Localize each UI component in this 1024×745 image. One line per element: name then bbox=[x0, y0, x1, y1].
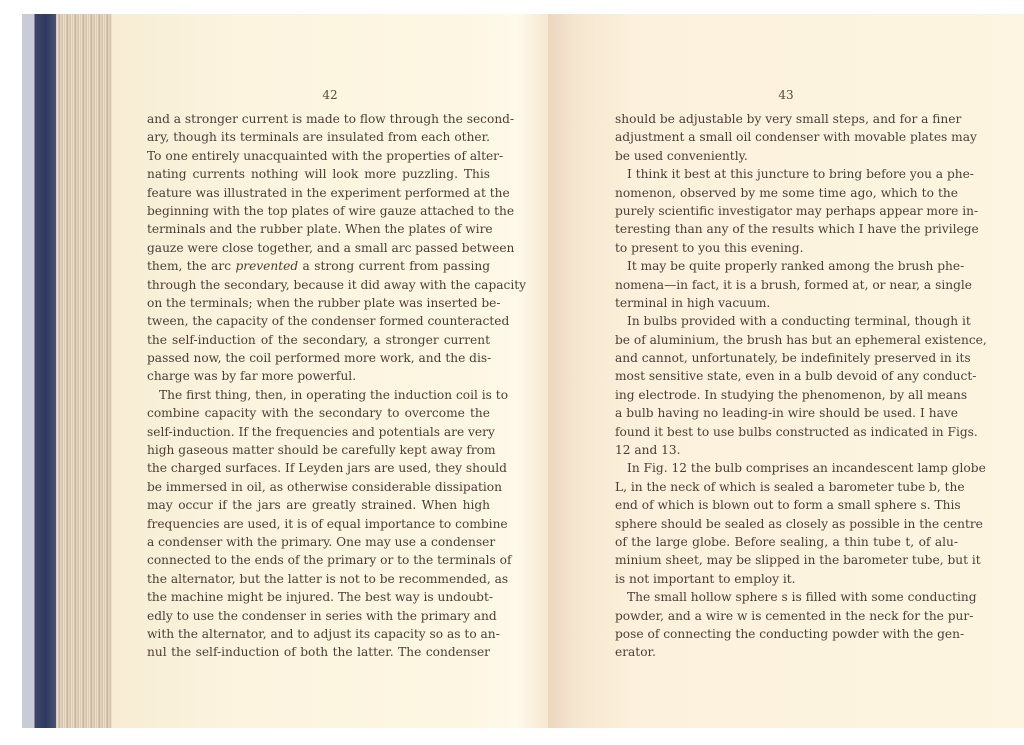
right-page: 43 should be adjustable by very small st… bbox=[548, 14, 1024, 728]
text-line: beginning with the top plates of wire ga… bbox=[147, 202, 490, 220]
text-line: the machine might be injured. The best w… bbox=[147, 588, 490, 606]
book-spread: 42 and a stronger current is made to flo… bbox=[22, 14, 1024, 728]
page-number: 43 bbox=[548, 88, 1024, 102]
text-line: In Fig. 12 the bulb comprises an incande… bbox=[615, 459, 958, 477]
text-line: 12 and 13. bbox=[615, 441, 958, 459]
text-line: L, in the neck of which is sealed a baro… bbox=[615, 478, 958, 496]
text-line: found it best to use bulbs constructed a… bbox=[615, 423, 958, 441]
text-line: them, the arc prevented a strong current… bbox=[147, 257, 490, 275]
text-line: through the secondary, because it did aw… bbox=[147, 276, 490, 294]
text-line: be used conveniently. bbox=[615, 147, 958, 165]
text-line: be of aluminium, the brush has but an ep… bbox=[615, 331, 958, 349]
text-line: most sensitive state, even in a bulb dev… bbox=[615, 367, 958, 385]
left-page: 42 and a stronger current is made to flo… bbox=[112, 14, 548, 728]
text-line: combine capacity with the secondary to o… bbox=[147, 404, 490, 422]
text-line: and cannot, unfortunately, be indefinite… bbox=[615, 349, 958, 367]
text-line: teresting than any of the results which … bbox=[615, 220, 958, 238]
text-line: charge was by far more powerful. bbox=[147, 367, 490, 385]
text-line: I think it best at this juncture to brin… bbox=[615, 165, 958, 183]
text-line: minium sheet, may be slipped in the baro… bbox=[615, 551, 958, 569]
text-line: terminals and the rubber plate. When the… bbox=[147, 220, 490, 238]
text-line: passed now, the coil performed more work… bbox=[147, 349, 490, 367]
text-line: The first thing, then, in operating the … bbox=[147, 386, 490, 404]
page-number: 42 bbox=[112, 88, 548, 102]
text-line: end of which is blown out to form a smal… bbox=[615, 496, 958, 514]
page-edges bbox=[56, 14, 112, 728]
text-line: gauze were close together, and a small a… bbox=[147, 239, 490, 257]
page-text: should be adjustable by very small steps… bbox=[615, 110, 958, 662]
text-line: be immersed in oil, as otherwise conside… bbox=[147, 478, 490, 496]
text-line: frequencies are used, it is of equal imp… bbox=[147, 515, 490, 533]
text-line: on the terminals; when the rubber plate … bbox=[147, 294, 490, 312]
text-line: should be adjustable by very small steps… bbox=[615, 110, 958, 128]
text-line: is not important to employ it. bbox=[615, 570, 958, 588]
text-line: of the large globe. Before sealing, a th… bbox=[615, 533, 958, 551]
text-line: may occur if the jars are greatly strain… bbox=[147, 496, 490, 514]
text-line: high gaseous matter should be carefully … bbox=[147, 441, 490, 459]
text-line: To one entirely unacquainted with the pr… bbox=[147, 147, 490, 165]
text-line: with the alternator, and to adjust its c… bbox=[147, 625, 490, 643]
text-line: edly to use the condenser in series with… bbox=[147, 607, 490, 625]
text-line: the self-induction of the secondary, a s… bbox=[147, 331, 490, 349]
text-line: nomenon, observed by me some time ago, w… bbox=[615, 184, 958, 202]
text-line: The small hollow sphere s is filled with… bbox=[615, 588, 958, 606]
text-line: sphere should be sealed as closely as po… bbox=[615, 515, 958, 533]
text-line: purely scientific investigator may perha… bbox=[615, 202, 958, 220]
text-line: adjustment a small oil condenser with mo… bbox=[615, 128, 958, 146]
text-line: ary, though its terminals are insulated … bbox=[147, 128, 490, 146]
text-line: the charged surfaces. If Leyden jars are… bbox=[147, 459, 490, 477]
page-text: and a stronger current is made to flow t… bbox=[147, 110, 490, 662]
text-line: nul the self-induction of both the latte… bbox=[147, 643, 490, 661]
text-line: pose of connecting the conducting powder… bbox=[615, 625, 958, 643]
text-line: nomena—in fact, it is a brush, formed at… bbox=[615, 276, 958, 294]
text-line: It may be quite properly ranked among th… bbox=[615, 257, 958, 275]
text-line: self-induction. If the frequencies and p… bbox=[147, 423, 490, 441]
text-line: a bulb having no leading-in wire should … bbox=[615, 404, 958, 422]
text-line: to present to you this evening. bbox=[615, 239, 958, 257]
text-line: tween, the capacity of the condenser for… bbox=[147, 312, 490, 330]
text-line: powder, and a wire w is cemented in the … bbox=[615, 607, 958, 625]
text-line: terminal in high vacuum. bbox=[615, 294, 958, 312]
text-line: ing electrode. In studying the phenomeno… bbox=[615, 386, 958, 404]
text-line: connected to the ends of the primary or … bbox=[147, 551, 490, 569]
text-line: nating currents nothing will look more p… bbox=[147, 165, 490, 183]
text-line: In bulbs provided with a conducting term… bbox=[615, 312, 958, 330]
text-line: and a stronger current is made to flow t… bbox=[147, 110, 490, 128]
text-line: feature was illustrated in the experimen… bbox=[147, 184, 490, 202]
text-line: erator. bbox=[615, 643, 958, 661]
text-line: the alternator, but the latter is not to… bbox=[147, 570, 490, 588]
book-cover-edge bbox=[22, 14, 56, 728]
text-line: a condenser with the primary. One may us… bbox=[147, 533, 490, 551]
